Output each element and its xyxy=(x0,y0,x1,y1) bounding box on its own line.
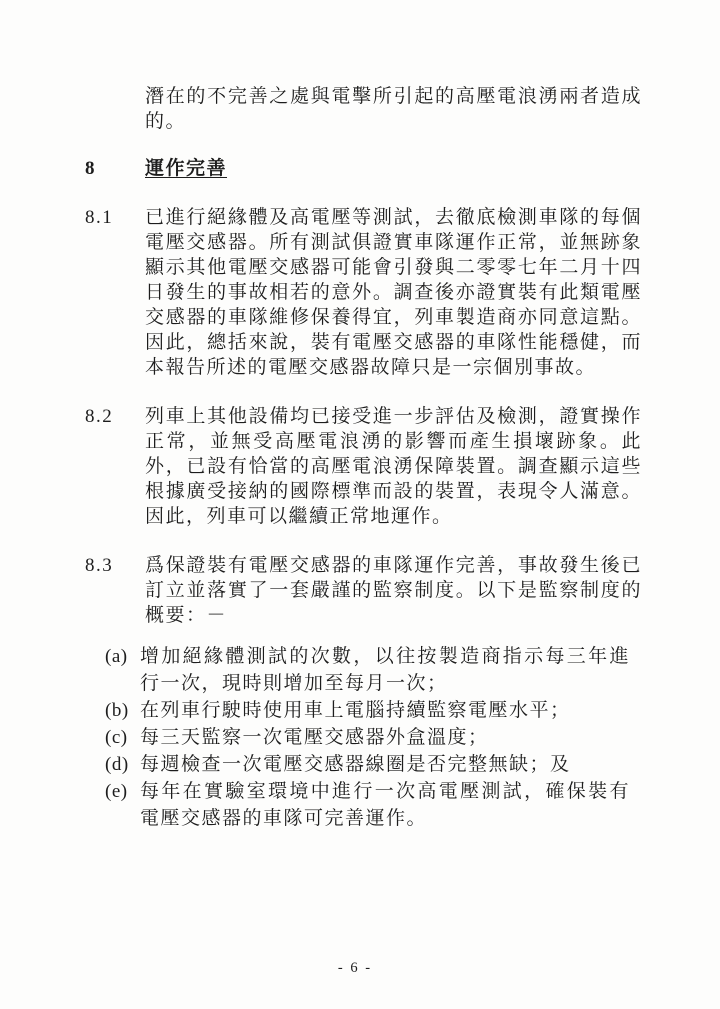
list-item-marker: (b) xyxy=(105,697,140,724)
list-item-text: 每週檢查一次電壓交感器線圈是否完整無缺；及 xyxy=(140,751,630,778)
list-item-b: (b) 在列車行駛時使用車上電腦持續監察電壓水平； xyxy=(105,697,643,724)
paragraph-number: 8.2 xyxy=(85,404,145,529)
page-number: - 6 - xyxy=(0,959,710,977)
list-item-marker: (e) xyxy=(105,778,140,832)
monitoring-measures-list: (a) 增加絕緣體測試的次數，以往按製造商指示每三年進行一次，現時則增加至每月一… xyxy=(105,643,643,832)
list-item-marker: (a) xyxy=(105,643,140,697)
list-item-text: 每年在實驗室環境中進行一次高電壓測試，確保裝有電壓交感器的車隊可完善運作。 xyxy=(140,778,630,832)
list-item-e: (e) 每年在實驗室環境中進行一次高電壓測試，確保裝有電壓交感器的車隊可完善運作… xyxy=(105,778,643,832)
paragraph-text: 已進行絕緣體及高電壓等測試，去徹底檢測車隊的每個電壓交感器。所有測試俱證實車隊運… xyxy=(145,205,642,380)
page-content: 潛在的不完善之處與電擊所引起的高壓電浪湧兩者造成的。 8 運作完善 8.1 已進… xyxy=(85,84,643,832)
continuation-paragraph: 潛在的不完善之處與電擊所引起的高壓電浪湧兩者造成的。 xyxy=(145,84,642,134)
list-item-text: 增加絕緣體測試的次數，以往按製造商指示每三年進行一次，現時則增加至每月一次； xyxy=(140,643,630,697)
section-title: 運作完善 xyxy=(145,156,227,181)
paragraph-8-2: 8.2 列車上其他設備均已接受進一步評估及檢測，證實操作正常，並無受高壓電浪湧的… xyxy=(85,404,643,529)
list-item-marker: (d) xyxy=(105,751,140,778)
paragraph-text: 列車上其他設備均已接受進一步評估及檢測，證實操作正常，並無受高壓電浪湧的影響而產… xyxy=(145,404,642,529)
section-number: 8 xyxy=(85,156,145,181)
list-item-text: 每三天監察一次電壓交感器外盒溫度； xyxy=(140,724,630,751)
list-item-a: (a) 增加絕緣體測試的次數，以往按製造商指示每三年進行一次，現時則增加至每月一… xyxy=(105,643,643,697)
list-item-text: 在列車行駛時使用車上電腦持續監察電壓水平； xyxy=(140,697,630,724)
paragraph-text: 爲保證裝有電壓交感器的車隊運作完善，事故發生後已訂立並落實了一套嚴謹的監察制度。… xyxy=(145,553,642,628)
list-item-marker: (c) xyxy=(105,724,140,751)
list-item-c: (c) 每三天監察一次電壓交感器外盒溫度； xyxy=(105,724,643,751)
document-page: 潛在的不完善之處與電擊所引起的高壓電浪湧兩者造成的。 8 運作完善 8.1 已進… xyxy=(0,0,720,1009)
list-item-d: (d) 每週檢查一次電壓交感器線圈是否完整無缺；及 xyxy=(105,751,643,778)
paragraph-number: 8.3 xyxy=(85,553,145,628)
paragraph-8-3: 8.3 爲保證裝有電壓交感器的車隊運作完善，事故發生後已訂立並落實了一套嚴謹的監… xyxy=(85,553,643,628)
paragraph-number: 8.1 xyxy=(85,205,145,380)
section-heading: 8 運作完善 xyxy=(85,156,643,181)
paragraph-8-1: 8.1 已進行絕緣體及高電壓等測試，去徹底檢測車隊的每個電壓交感器。所有測試俱證… xyxy=(85,205,643,380)
